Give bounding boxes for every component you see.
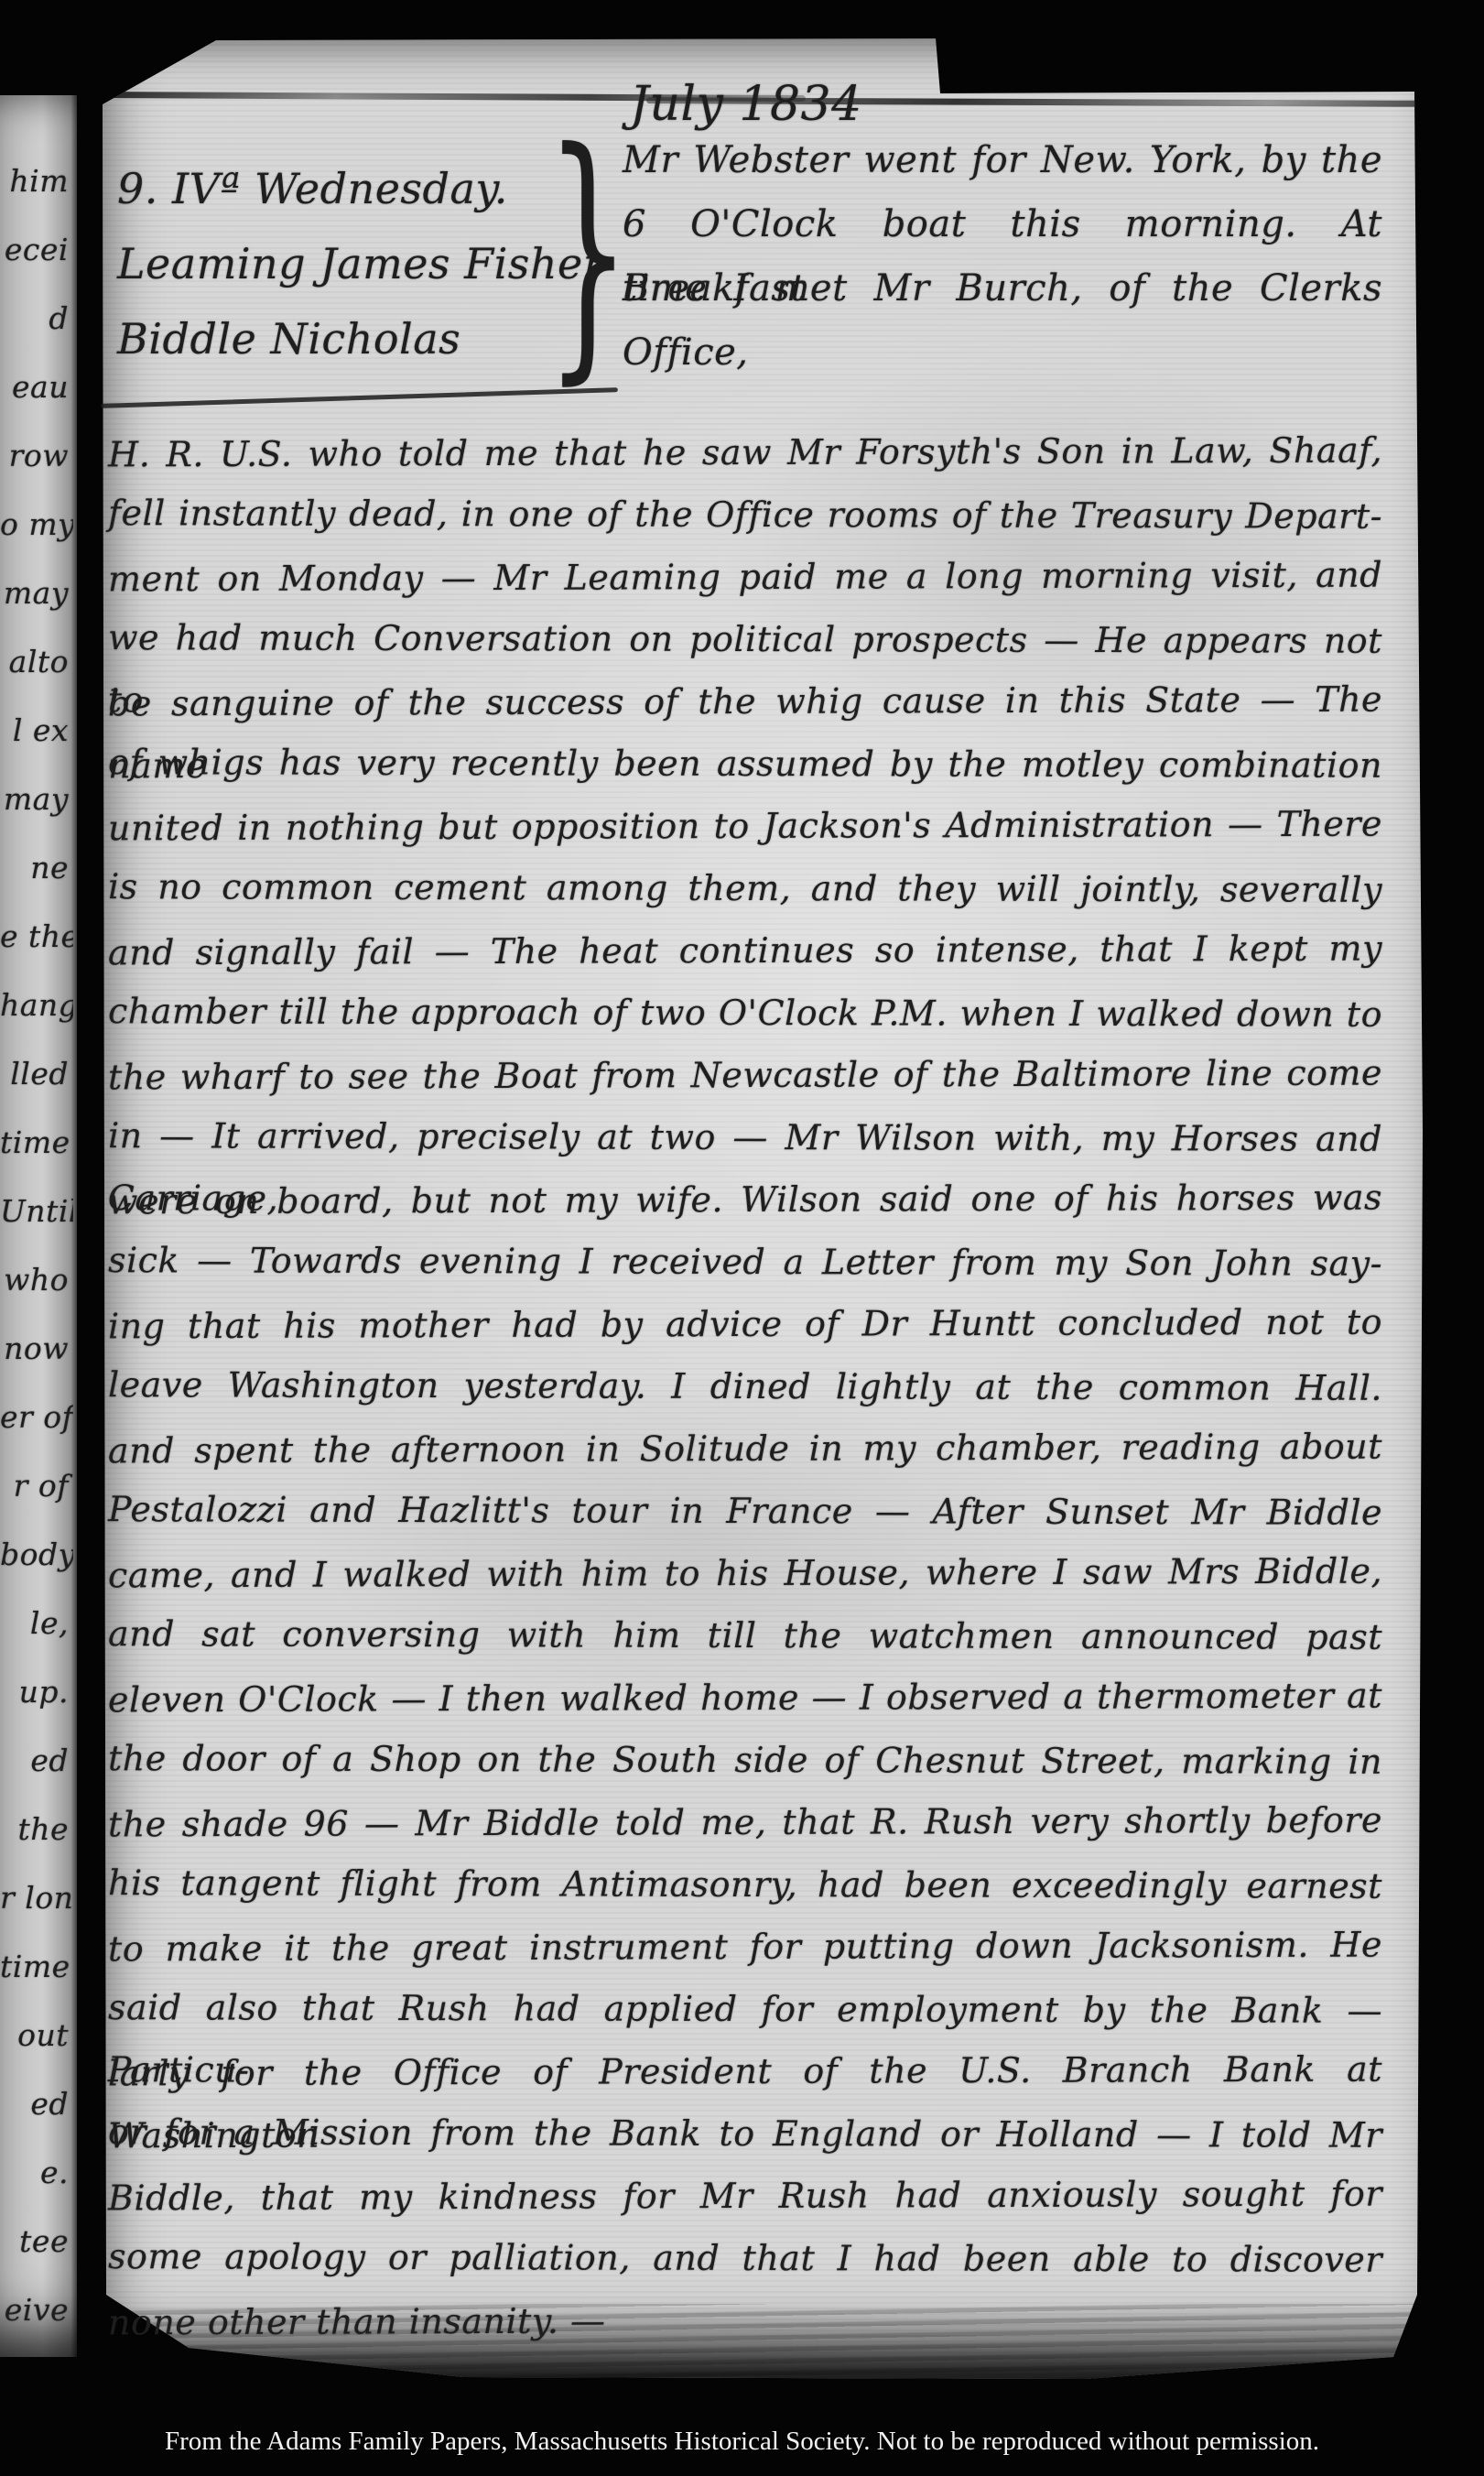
- facing-page-fragment: r long: [0, 1863, 73, 1932]
- date-heading: July 1834: [630, 77, 862, 132]
- manuscript-line: came, and I walked with him to his House…: [108, 1540, 1382, 1607]
- facing-page-fragment: eive: [0, 2275, 73, 2344]
- manuscript-line: to make it the great instrument for putt…: [108, 1914, 1382, 1981]
- entry-name-line: Biddle Nicholas: [117, 301, 593, 376]
- manuscript-line: said also that Rush had applied for empl…: [108, 1976, 1382, 2042]
- facing-page-fragment: eau: [0, 353, 73, 421]
- facing-page-fragment: ed: [0, 2069, 73, 2138]
- facing-page-fragment: Until: [0, 1177, 73, 1245]
- manuscript-line: time I met Mr Burch, of the Clerks Offic…: [623, 256, 1382, 320]
- manuscript-line: ment on Monday — Mr Leaming paid me a lo…: [108, 544, 1382, 611]
- manuscript-line: fell instantly dead, in one of the Offic…: [108, 482, 1382, 548]
- facing-page-fragment: out: [0, 2001, 73, 2069]
- facing-page-fragment: now: [0, 1314, 73, 1383]
- manuscript-line: Mr Webster went for New. York, by the: [623, 128, 1382, 192]
- facing-page-fragment: who: [0, 1245, 73, 1314]
- manuscript-line: chamber till the approach of two O'Clock…: [108, 980, 1382, 1046]
- manuscript-line: and signally fail — The heat continues s…: [108, 918, 1382, 984]
- manuscript-line: eleven O'Clock — I then walked home — I …: [108, 1665, 1382, 1732]
- facing-page-fragment: e the: [0, 902, 73, 971]
- facing-page-fragment: er of: [0, 1383, 73, 1451]
- manuscript-line: leave Washington yesterday. I dined ligh…: [108, 1353, 1382, 1419]
- entry-name-line: Leaming James Fisher: [117, 226, 593, 301]
- facing-page-fragment: time: [0, 1108, 73, 1177]
- facing-page-fragments: himeceideaurowo mymayaltol exmaynee theh…: [0, 147, 73, 2344]
- archive-caption: From the Adams Family Papers, Massachuse…: [0, 2416, 1484, 2467]
- facing-page-fragment: hange: [0, 971, 73, 1039]
- facing-page-fragment: le,: [0, 1589, 73, 1657]
- entry-header: 9. IVª Wednesday. Leaming James Fisher B…: [117, 151, 593, 376]
- facing-page-fragment: d: [0, 284, 73, 353]
- facing-page-fragment: up.: [0, 1657, 73, 1726]
- manuscript-line: Pestalozzi and Hazlitt's tour in France …: [108, 1478, 1382, 1544]
- manuscript-line: ing that his mother had by advice of Dr …: [108, 1291, 1382, 1358]
- manuscript-line: be sanguine of the success of the whig c…: [108, 668, 1382, 735]
- manuscript-line: and sat conversing with him till the wat…: [108, 1602, 1382, 1668]
- manuscript-scan: himeceideaurowo mymayaltol exmaynee theh…: [0, 0, 1484, 2476]
- manuscript-line: H. R. U.S. who told me that he saw Mr Fo…: [108, 419, 1382, 486]
- facing-page-fragment: r of: [0, 1451, 73, 1520]
- entry-body-lines: H. R. U.S. who told me that he saw Mr Fo…: [108, 421, 1382, 2351]
- facing-page-fragment: the: [0, 1795, 73, 1863]
- entry-intro-lines: Mr Webster went for New. York, by the6 O…: [623, 128, 1382, 320]
- entry-date-line: 9. IVª Wednesday.: [117, 151, 593, 226]
- manuscript-line: some apology or palliation, and that I h…: [108, 2225, 1382, 2291]
- facing-page-fragment: ne: [0, 833, 73, 902]
- facing-page-fragment: l ex: [0, 696, 73, 765]
- facing-page-fragment: alto: [0, 627, 73, 696]
- curly-brace-glyph: }: [546, 126, 631, 375]
- manuscript-line: of whigs has very recently been assumed …: [108, 731, 1382, 797]
- facing-page-fragment: him: [0, 147, 73, 215]
- facing-page-fragment: row: [0, 421, 73, 490]
- manuscript-line: or for a Mission from the Bank to Englan…: [108, 2101, 1382, 2166]
- facing-page-fragment: body: [0, 1520, 73, 1589]
- manuscript-line: the wharf to see the Boat from Newcastle…: [108, 1042, 1382, 1109]
- facing-page-fragment: time: [0, 1932, 73, 2001]
- facing-page-fragment: may: [0, 559, 73, 627]
- manuscript-line: were on board, but not my wife. Wilson s…: [108, 1167, 1382, 1233]
- facing-page-edge: himeceideaurowo mymayaltol exmaynee theh…: [0, 95, 77, 2357]
- manuscript-line: in — It arrived, precisely at two — Mr W…: [108, 1104, 1382, 1170]
- manuscript-line: 6 O'Clock boat this morning. At Breakfas…: [623, 192, 1382, 256]
- manuscript-line: larly for the Office of President of the…: [108, 2038, 1382, 2105]
- facing-page-fragment: may: [0, 765, 73, 833]
- manuscript-line: united in nothing but opposition to Jack…: [108, 793, 1382, 860]
- manuscript-line: is no common cement among them, and they…: [108, 855, 1382, 921]
- facing-page-fragment: o my: [0, 490, 73, 559]
- manuscript-line: we had much Conversation on political pr…: [108, 606, 1382, 672]
- facing-page-fragment: lled: [0, 1039, 73, 1108]
- manuscript-line: none other than insanity. —: [108, 2287, 1382, 2354]
- manuscript-line: the shade 96 — Mr Biddle told me, that R…: [108, 1789, 1382, 1856]
- manuscript-line: his tangent flight from Antimasonry, had…: [108, 1852, 1382, 1917]
- manuscript-line: Biddle, that my kindness for Mr Rush had…: [108, 2163, 1382, 2230]
- facing-page-fragment: e.: [0, 2138, 73, 2207]
- facing-page-fragment: tee: [0, 2207, 73, 2275]
- manuscript-line: sick — Towards evening I received a Lett…: [108, 1229, 1382, 1295]
- manuscript-line: and spent the afternoon in Solitude in m…: [108, 1416, 1382, 1482]
- facing-page-fragment: ed: [0, 1726, 73, 1795]
- manuscript-line: the door of a Shop on the South side of …: [108, 1727, 1382, 1793]
- facing-page-fragment: ecei: [0, 215, 73, 284]
